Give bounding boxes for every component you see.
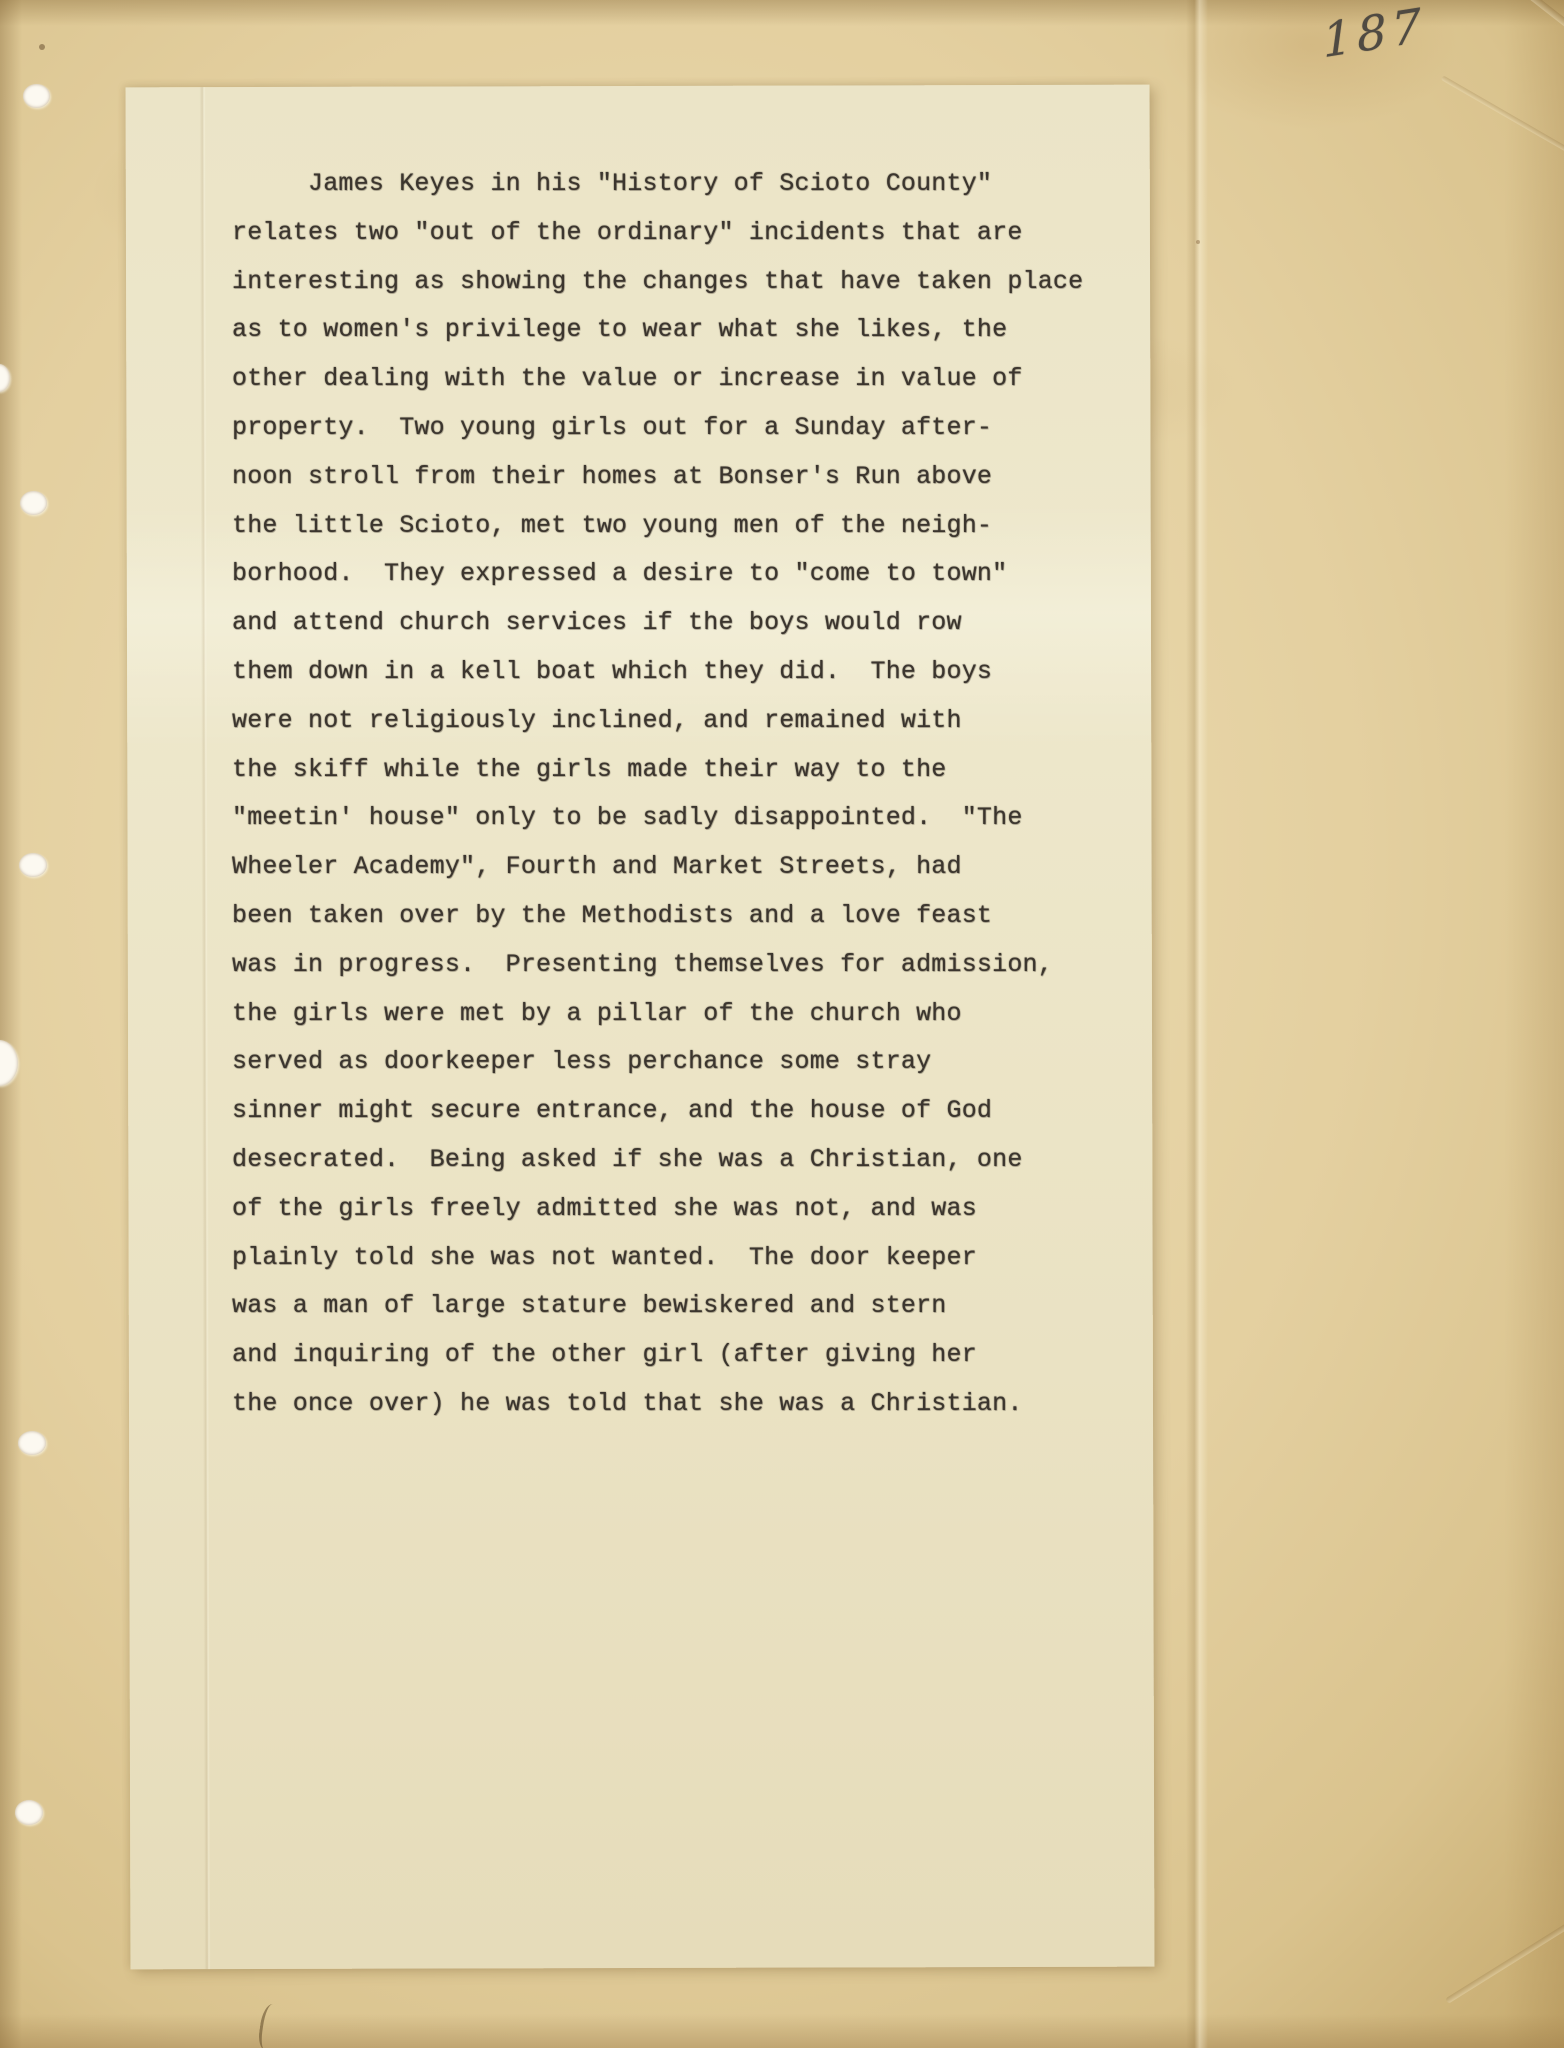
typed-line: them down in a kell boat which they did.… bbox=[232, 648, 1232, 697]
typed-line: of the girls freely admitted she was not… bbox=[232, 1185, 1232, 1234]
typed-line: plainly told she was not wanted. The doo… bbox=[232, 1234, 1232, 1283]
typed-line: the skiff while the girls made their way… bbox=[232, 746, 1232, 795]
typed-line: borhood. They expressed a desire to "com… bbox=[232, 550, 1232, 599]
typed-line: served as doorkeeper less perchance some… bbox=[232, 1038, 1232, 1087]
typed-line: the once over) he was told that she was … bbox=[232, 1380, 1232, 1429]
typed-line: noon stroll from their homes at Bonser's… bbox=[232, 453, 1232, 502]
typed-line: property. Two young girls out for a Sund… bbox=[232, 404, 1232, 453]
typed-line: as to women's privilege to wear what she… bbox=[232, 306, 1232, 355]
typed-line: relates two "out of the ordinary" incide… bbox=[232, 209, 1232, 258]
typed-line: "meetin' house" only to be sadly disappo… bbox=[232, 794, 1232, 843]
typed-line: other dealing with the value or increase… bbox=[232, 355, 1232, 404]
punch-hole bbox=[18, 1431, 46, 1455]
typed-line: were not religiously inclined, and remai… bbox=[232, 697, 1232, 746]
typed-line: been taken over by the Methodists and a … bbox=[232, 892, 1232, 941]
punch-hole bbox=[23, 84, 50, 108]
page-edge-right-shadow bbox=[1504, 0, 1564, 2048]
typed-line: sinner might secure entrance, and the ho… bbox=[232, 1087, 1232, 1136]
typed-line: Wheeler Academy", Fourth and Market Stre… bbox=[232, 843, 1232, 892]
typed-line: James Keyes in his "History of Scioto Co… bbox=[232, 160, 1232, 209]
scrapbook-page: James Keyes in his "History of Scioto Co… bbox=[0, 0, 1564, 2048]
typed-line: was a man of large stature bewiskered an… bbox=[232, 1282, 1232, 1331]
punch-hole bbox=[19, 853, 47, 877]
page-edge-left-shadow bbox=[0, 0, 22, 2048]
typed-line: desecrated. Being asked if she was a Chr… bbox=[232, 1136, 1232, 1185]
page-edge-bottom-shadow bbox=[0, 2014, 1564, 2048]
typed-line: the little Scioto, met two young men of … bbox=[232, 502, 1232, 551]
sheet-fold-crease bbox=[200, 87, 211, 1969]
typed-line: interesting as showing the changes that … bbox=[232, 258, 1232, 307]
typed-line: the girls were met by a pillar of the ch… bbox=[232, 990, 1232, 1039]
typed-line: was in progress. Presenting themselves f… bbox=[232, 941, 1232, 990]
punch-hole bbox=[20, 491, 47, 515]
typed-text: James Keyes in his "History of Scioto Co… bbox=[232, 160, 1232, 1429]
typed-line: and inquiring of the other girl (after g… bbox=[232, 1331, 1232, 1380]
punch-hole bbox=[15, 1800, 43, 1825]
typed-line: and attend church services if the boys w… bbox=[232, 599, 1232, 648]
